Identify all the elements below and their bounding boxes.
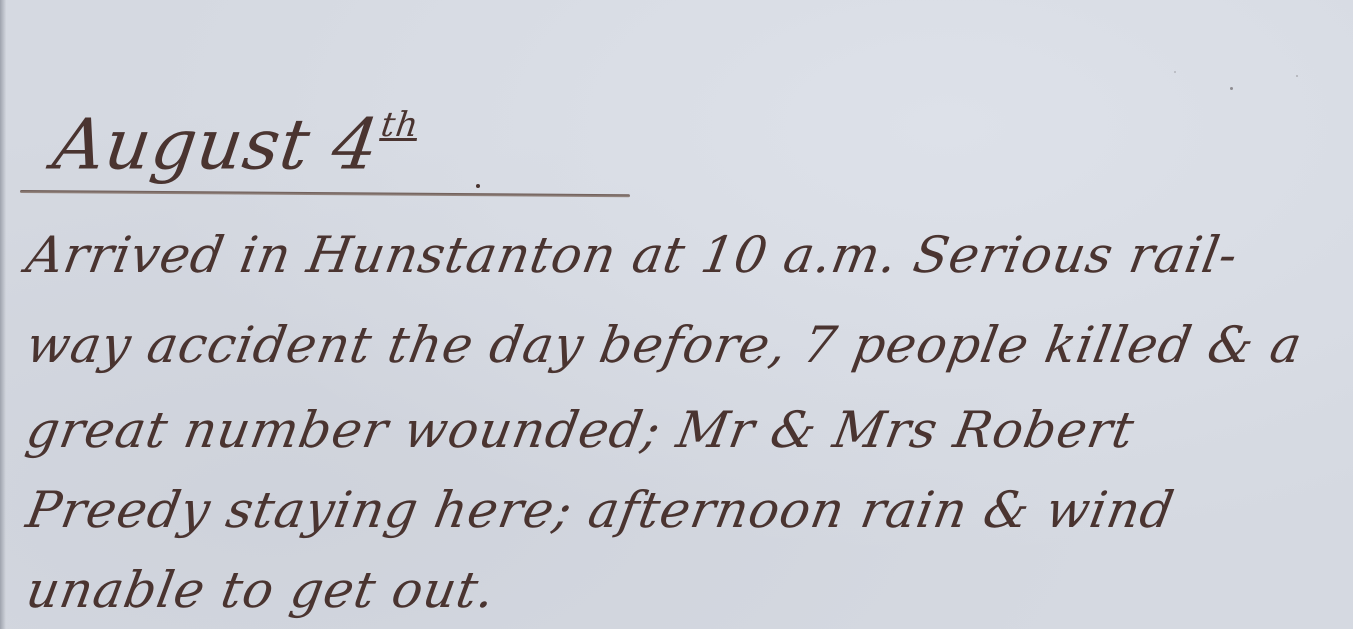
- paper-speck: [1296, 75, 1298, 77]
- entry-line-4: Preedy staying here; afternoon rain & wi…: [22, 480, 1179, 540]
- heading-ordinal-suffix: th: [378, 105, 421, 145]
- page-binding-edge: [0, 0, 6, 629]
- entry-line-5: unable to get out.: [22, 560, 500, 620]
- heading-date: August 4: [48, 103, 384, 185]
- entry-line-1: Arrived in Hunstanton at 10 a.m. Serious…: [22, 225, 1243, 285]
- paper-speck: [1174, 71, 1176, 73]
- entry-line-3: great number wounded; Mr & Mrs Robert: [22, 400, 1139, 460]
- heading-underline: [20, 190, 630, 197]
- heading-dot: [476, 184, 480, 188]
- paper-speck: [1230, 87, 1233, 90]
- diary-page: August 4th Arrived in Hunstanton at 10 a…: [0, 0, 1353, 629]
- entry-date-heading: August 4th: [48, 88, 424, 189]
- entry-line-2: way accident the day before, 7 people ki…: [22, 315, 1307, 375]
